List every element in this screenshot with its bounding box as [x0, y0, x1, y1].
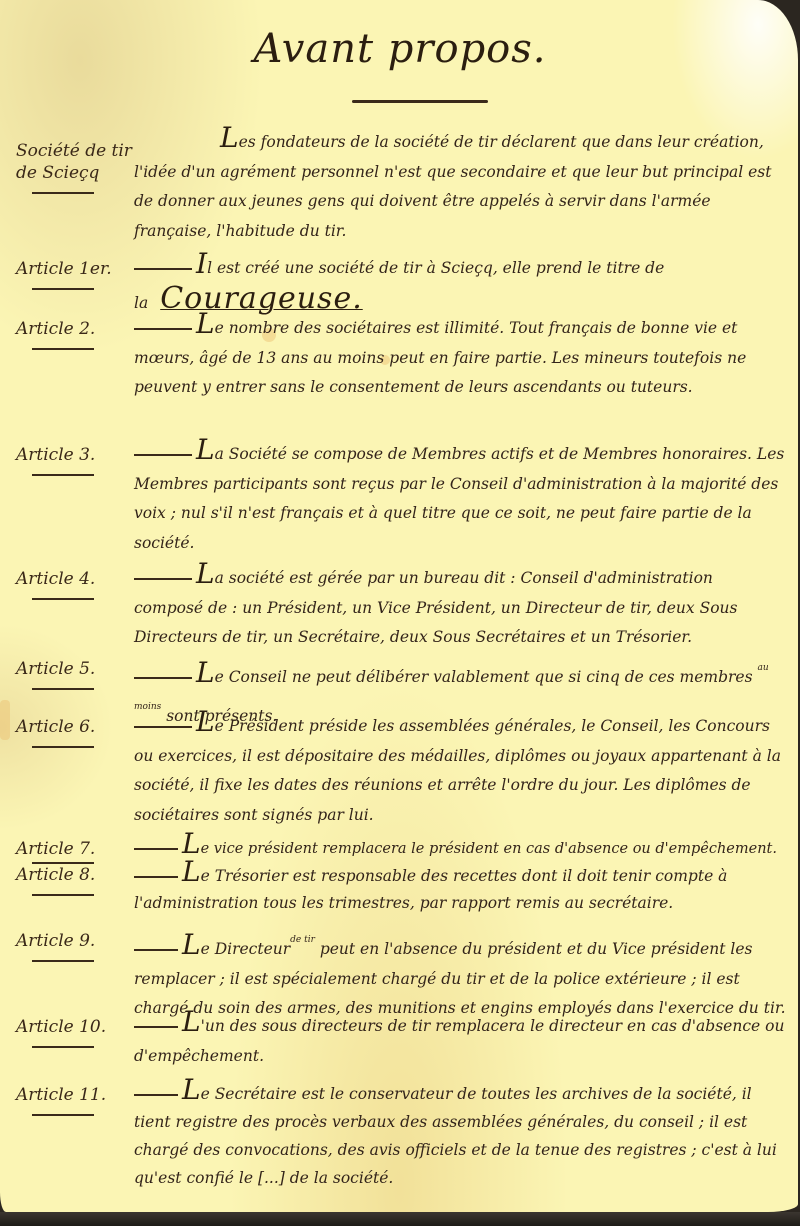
margin-label-text: Société de tir de Scieçq [16, 141, 132, 183]
article-text: L'un des sous directeurs de tir remplace… [134, 1012, 786, 1071]
dash [134, 677, 192, 679]
article-label: Article 3. [16, 444, 134, 476]
margin-rule [32, 1046, 94, 1048]
dash [134, 454, 192, 456]
article-label: Article 6. [16, 716, 134, 748]
dash [134, 268, 192, 270]
margin-rule [32, 746, 94, 748]
society-name: Courageuse. [160, 281, 363, 316]
article-label: Article 8. [16, 864, 134, 896]
margin-label-society: Société de tir de Scieçq [16, 140, 134, 194]
article-text: Le nombre des sociétaires est illimité. … [134, 314, 786, 403]
margin-rule [32, 192, 94, 194]
article-label: Article 5. [16, 658, 134, 690]
dash [134, 1094, 178, 1096]
margin-rule [32, 474, 94, 476]
margin-rule [32, 960, 94, 962]
manuscript-page: Avant propos. Société de tir de Scieçq L… [0, 0, 798, 1212]
margin-rule [32, 348, 94, 350]
article-label: Article 2. [16, 318, 134, 350]
margin-rule [32, 894, 94, 896]
preamble-text: Les fondateurs de la société de tir décl… [134, 128, 786, 246]
margin-rule [32, 598, 94, 600]
dash [134, 726, 192, 728]
article-label: Article 4. [16, 568, 134, 600]
article-label: Article 7. [16, 838, 134, 864]
paper-stain [0, 700, 10, 740]
title-underline [352, 100, 488, 103]
dash [134, 1026, 178, 1028]
dash [134, 876, 178, 878]
margin-rule [32, 1114, 94, 1116]
margin-rule [32, 288, 94, 290]
dash [134, 949, 178, 951]
article-text: Le Président préside les assemblées géné… [134, 712, 786, 830]
article-text: Le Directeurde tir peut en l'absence du … [134, 926, 786, 1024]
interlinear-insertion: de tir [290, 935, 315, 945]
article-label: Article 11. [16, 1084, 134, 1116]
article-label: Article 1er. [16, 258, 134, 290]
dash [134, 848, 178, 850]
article-text: La Société se compose de Membres actifs … [134, 440, 786, 558]
margin-rule [32, 688, 94, 690]
dash [134, 328, 192, 330]
article-label: Article 10. [16, 1016, 134, 1048]
article-text: Il est créé une société de tir à Scieçq,… [134, 254, 786, 318]
article-text: La société est gérée par un bureau dit :… [134, 564, 786, 653]
article-text: Le Trésorier est responsable des recette… [134, 862, 786, 917]
page-title: Avant propos. [0, 26, 800, 72]
dash [134, 578, 192, 580]
lead-letter: L [220, 121, 239, 154]
scan-edge [0, 1212, 800, 1226]
article-label: Article 9. [16, 930, 134, 962]
article-text: Le Secrétaire est le conservateur de tou… [134, 1080, 786, 1192]
article-text: Le vice président remplacera le présiden… [134, 834, 786, 865]
